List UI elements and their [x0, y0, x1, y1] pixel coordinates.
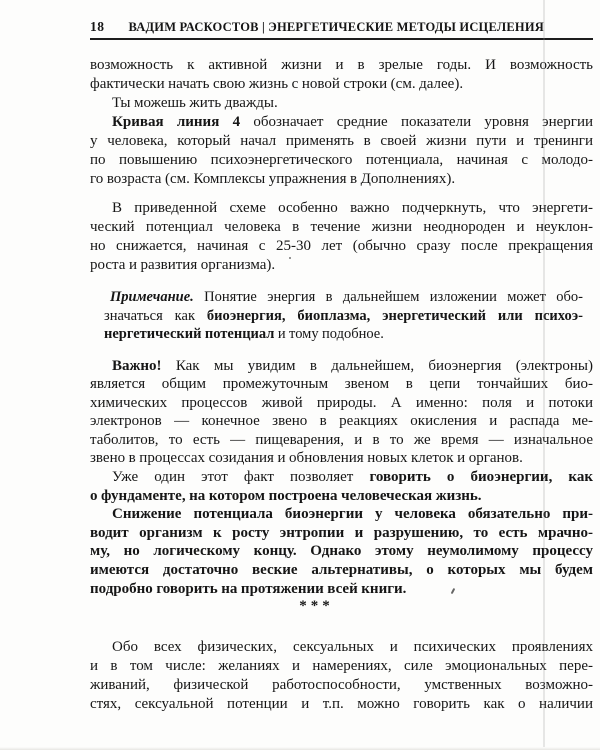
book-page: 18 ВАДИМ РАСКОСТОВ | ЭНЕРГЕТИЧЕСКИЕ МЕТО… — [0, 0, 600, 750]
text-run: и тому подобное. — [274, 326, 383, 342]
text-run: Снижение потенциала биоэнергии у человек… — [112, 506, 593, 522]
text-run: Обо всех физических, сексуальных и психи… — [112, 639, 593, 655]
text-line: но снижается, начиная с 25-30 лет (обычн… — [90, 237, 593, 256]
text-run: имеются достаточно веские альтернативы, … — [90, 562, 593, 578]
page-body-text: возможность к активной жизни и в зрелые … — [90, 56, 593, 714]
paragraph-curve-line-4: Кривая линия 4 обозначает средние показа… — [90, 113, 593, 189]
text-line: Ты можешь жить дважды. — [90, 94, 593, 113]
text-run: Примечание. — [110, 289, 194, 305]
text-line: химических процессов живой природы. А им… — [90, 394, 593, 413]
text-run: электронов — конечное звено в реакциях о… — [90, 413, 593, 429]
text-line: ческий потенциал человека в течение жизн… — [90, 218, 593, 237]
text-line: Обо всех физических, сексуальных и психи… — [90, 638, 593, 657]
text-line: стях, сексуальной потенции и т.п. можно … — [90, 695, 593, 714]
text-line: является общим промежуточным звеном в це… — [90, 375, 593, 394]
page-number: 18 — [90, 19, 105, 35]
text-run: Кривая линия 4 — [112, 114, 240, 130]
text-run: ческий потенциал человека в течение жизн… — [90, 219, 593, 235]
text-line: подробно говорить на протяжении всей кни… — [90, 580, 593, 599]
text-run: Уже один этот факт позволяет — [112, 469, 369, 485]
text-run: возможность к активной жизни и в зрелые … — [90, 57, 593, 73]
text-line: и в том числе: желаниях и намерениях, си… — [90, 657, 593, 676]
text-run: значаться как — [104, 308, 207, 324]
text-line: электронов — конечное звено в реакциях о… — [90, 412, 593, 431]
text-line: у человека, который начал применять в св… — [90, 132, 593, 151]
paragraph-potential-decline: Снижение потенциала биоэнергии у человек… — [90, 505, 593, 598]
text-line: фактически начать свою жизнь с новой стр… — [90, 75, 593, 94]
text-run: Важно! — [112, 358, 162, 374]
text-line: имеются достаточно веские альтернативы, … — [90, 561, 593, 580]
scan-edge-artifact — [543, 0, 545, 750]
text-run: нергетический потенциал — [104, 326, 274, 342]
text-line: Уже один этот факт позволяет говорить о … — [90, 468, 593, 487]
text-run: Понятие энергия в дальнейшем изложении м… — [194, 289, 583, 305]
paragraph-energy-decline-scheme: В приведенной схеме особенно важно подче… — [90, 199, 593, 275]
text-run: Ты можешь жить дважды. — [112, 95, 278, 111]
text-line: Кривая линия 4 обозначает средние показа… — [90, 113, 593, 132]
text-line: му, но логическому концу. Однако этому н… — [90, 542, 593, 561]
paragraph-opening-continued: возможность к активной жизни и в зрелые … — [90, 56, 593, 94]
section-separator: *** — [90, 598, 543, 614]
text-run: химических процессов живой природы. А им… — [90, 395, 593, 411]
scan-speck-dot — [289, 257, 291, 259]
paragraph-bioenergy-foundation: Уже один этот факт позволяет говорить о … — [90, 468, 593, 505]
note-terminology: Примечание. Понятие энергия в дальнейшем… — [104, 288, 583, 344]
text-run: водит организм к росту энтропии и разруш… — [90, 525, 593, 541]
text-run: Как мы увидим в дальнейшем, биоэнергия (… — [162, 358, 593, 374]
text-run: обозначает средние показатели уровня эне… — [240, 114, 593, 130]
text-line: Примечание. Понятие энергия в дальнейшем… — [104, 288, 583, 307]
text-run: В приведенной схеме особенно важно подче… — [112, 200, 593, 216]
paragraph-important: Важно! Как мы увидим в дальнейшем, биоэн… — [90, 357, 593, 469]
text-run: го возраста (см. Комплексы упражнения в … — [90, 171, 455, 187]
text-line: возможность к активной жизни и в зрелые … — [90, 56, 593, 75]
page-header: 18 ВАДИМ РАСКОСТОВ | ЭНЕРГЕТИЧЕСКИЕ МЕТО… — [90, 19, 593, 35]
paragraph-manifestations: Обо всех физических, сексуальных и психи… — [90, 638, 593, 714]
header-rule — [90, 38, 593, 40]
text-line: Важно! Как мы увидим в дальнейшем, биоэн… — [90, 357, 593, 376]
text-run: роста и развития организма). — [90, 257, 275, 273]
text-run: и в том числе: желаниях и намерениях, си… — [90, 658, 593, 674]
text-line: значаться как биоэнергия, биоплазма, эне… — [104, 307, 583, 326]
running-header-title: ВАДИМ РАСКОСТОВ | ЭНЕРГЕТИЧЕСКИЕ МЕТОДЫ … — [129, 20, 544, 35]
text-run: стях, сексуальной потенции и т.п. можно … — [90, 696, 593, 712]
text-line: водит организм к росту энтропии и разруш… — [90, 524, 593, 543]
text-run: фактически начать свою жизнь с новой стр… — [90, 76, 463, 92]
text-run: му, но логическому концу. Однако этому н… — [90, 543, 593, 559]
text-line: таболитов, то есть — пищеварения, и в то… — [90, 431, 593, 450]
text-run: подробно говорить на протяжении всей кни… — [90, 581, 406, 597]
text-run: по повышению психоэнергетического потенц… — [90, 152, 593, 168]
text-line: В приведенной схеме особенно важно подче… — [90, 199, 593, 218]
text-line: го возраста (см. Комплексы упражнения в … — [90, 170, 593, 189]
text-line: о фундаменте, на котором построена челов… — [90, 487, 593, 506]
text-line: живаний, физической работоспособности, у… — [90, 676, 593, 695]
text-run: но снижается, начиная с 25-30 лет (обычн… — [90, 238, 593, 254]
text-run: таболитов, то есть — пищеварения, и в то… — [90, 432, 593, 448]
text-run: живаний, физической работоспособности, у… — [90, 677, 593, 693]
text-run: является общим промежуточным звеном в це… — [90, 376, 593, 392]
text-line: нергетический потенциал и тому подобное. — [104, 325, 583, 344]
text-line: по повышению психоэнергетического потенц… — [90, 151, 593, 170]
text-line: звено в процессах созидания и обновления… — [90, 449, 593, 468]
text-run: звено в процессах созидания и обновления… — [90, 450, 523, 466]
text-run: биоэнергия, биоплазма, энергетический ил… — [207, 308, 583, 324]
text-run: говорить о биоэнергии, как — [369, 469, 593, 485]
text-line: Снижение потенциала биоэнергии у человек… — [90, 505, 593, 524]
text-run: у человека, который начал применять в св… — [90, 133, 593, 149]
text-run: о фундаменте, на котором построена челов… — [90, 488, 482, 504]
text-line: роста и развития организма). — [90, 256, 593, 275]
paragraph-live-twice: Ты можешь жить дважды. — [90, 94, 593, 113]
